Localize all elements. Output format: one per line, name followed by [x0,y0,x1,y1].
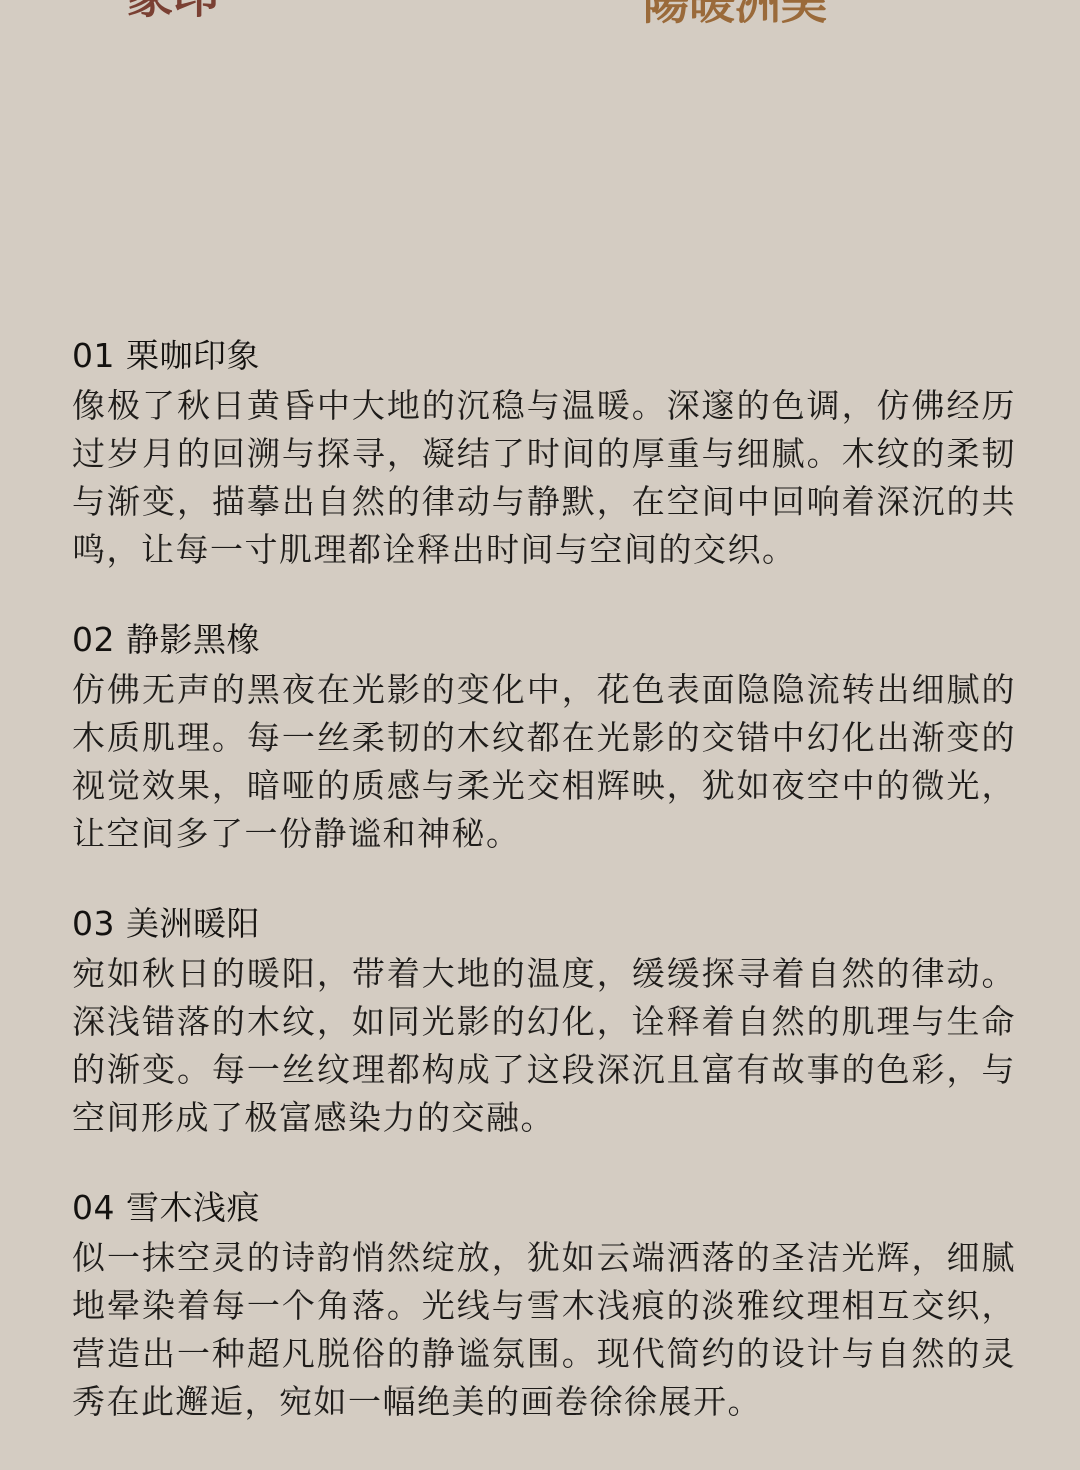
calligraphy-left-yinxiang: 印 象 [124,0,216,22]
calligraphy-char: 美 [778,0,824,28]
section-body: 像极了秋日黄昏中大地的沉稳与温暖。深邃的色调，仿佛经历过岁月的回溯与探寻，凝结了… [72,382,1016,574]
calligraphy-char: 印 [170,0,216,22]
section-silent-black-oak: 02 静影黑橡 仿佛无声的黑夜在光影的变化中，花色表面隐隐流转出细腻的木质肌理。… [72,618,1016,858]
section-body: 似一抹空灵的诗韵悄然绽放，犹如云端洒落的圣洁光辉，细腻地晕染着每一个角落。光线与… [72,1234,1016,1426]
section-american-warm-sun: 03 美洲暖阳 宛如秋日的暖阳，带着大地的温度，缓缓探寻着自然的律动。深浅错落的… [72,902,1016,1142]
section-title: 04 雪木浅痕 [72,1186,1016,1230]
wood-finish-descriptions: 01 栗咖印象 像极了秋日黄昏中大地的沉稳与温暖。深邃的色调，仿佛经历过岁月的回… [72,334,1016,1470]
section-chestnut-coffee: 01 栗咖印象 像极了秋日黄昏中大地的沉稳与温暖。深邃的色调，仿佛经历过岁月的回… [72,334,1016,574]
section-body: 宛如秋日的暖阳，带着大地的温度，缓缓探寻着自然的律动。深浅错落的木纹，如同光影的… [72,950,1016,1142]
calligraphy-right-meizhou-nuanyang: 美 洲 暖 陽 [640,0,824,28]
calligraphy-char: 象 [124,0,170,22]
section-title: 03 美洲暖阳 [72,902,1016,946]
section-body: 仿佛无声的黑夜在光影的变化中，花色表面隐隐流转出细腻的木质肌理。每一丝柔韧的木纹… [72,666,1016,858]
section-snow-wood-trace: 04 雪木浅痕 似一抹空灵的诗韵悄然绽放，犹如云端洒落的圣洁光辉，细腻地晕染着每… [72,1186,1016,1426]
calligraphy-char: 暖 [686,0,732,28]
section-title: 02 静影黑橡 [72,618,1016,662]
calligraphy-char: 陽 [640,0,686,28]
section-title: 01 栗咖印象 [72,334,1016,378]
calligraphy-char: 洲 [732,0,778,28]
